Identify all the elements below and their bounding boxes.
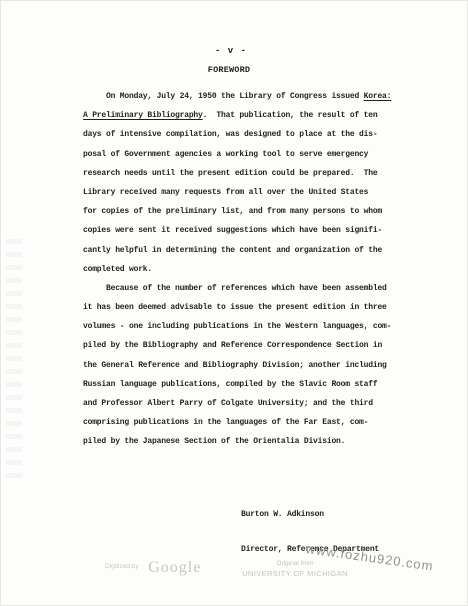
underlined-title-part: Korea: bbox=[364, 92, 392, 101]
page-number: - v - bbox=[215, 46, 247, 56]
document-body: On Monday, July 24, 1950 the Library of … bbox=[83, 87, 413, 452]
body-line: volumes - one including publications in … bbox=[83, 317, 413, 336]
scanned-document-page: - v - FOREWORD On Monday, July 24, 1950 … bbox=[0, 0, 468, 606]
body-text-run: On Monday, July 24, 1950 the Library of … bbox=[106, 92, 364, 101]
body-line: copies were sent it received suggestions… bbox=[83, 221, 413, 240]
body-line: completed work. bbox=[83, 260, 413, 279]
body-line: the General Reference and Bibliography D… bbox=[83, 356, 413, 375]
body-line: days of intensive compilation, was desig… bbox=[83, 125, 413, 144]
body-line: and Professor Albert Parry of Colgate Un… bbox=[83, 394, 413, 413]
body-line: research needs until the present edition… bbox=[83, 164, 413, 183]
body-line: piled by the Bibliography and Reference … bbox=[83, 336, 413, 355]
body-line: A Preliminary Bibliography. That publica… bbox=[83, 106, 413, 125]
google-logo: Google bbox=[148, 559, 201, 576]
body-line: cantly helpful in determining the conten… bbox=[83, 241, 413, 260]
body-line: comprising publications in the languages… bbox=[83, 413, 413, 432]
margin-bleedthrough-marks bbox=[6, 239, 22, 484]
signature-name: Burton W. Adkinson bbox=[241, 509, 379, 521]
body-line: On Monday, July 24, 1950 the Library of … bbox=[83, 87, 413, 106]
underlined-title-part: A Preliminary Bibliography bbox=[83, 111, 203, 120]
body-line: Because of the number of references whic… bbox=[83, 279, 413, 298]
institution-label: UNIVERSITY OF MICHIGAN bbox=[242, 569, 348, 578]
body-line: Library received many requests from all … bbox=[83, 183, 413, 202]
body-line: it has been deemed advisable to issue th… bbox=[83, 298, 413, 317]
digitized-by-label: Digitized by bbox=[105, 563, 139, 570]
body-text-run: . That publication, the result of ten bbox=[203, 111, 378, 120]
digitized-by-mark: Digitized by Google bbox=[105, 559, 201, 577]
provenance-mark: Original from UNIVERSITY OF MICHIGAN bbox=[242, 560, 348, 578]
body-line: posal of Government agencies a working t… bbox=[83, 145, 413, 164]
page-title: FOREWORD bbox=[208, 65, 250, 75]
body-line: Russian language publications, compiled … bbox=[83, 375, 413, 394]
body-line: for copies of the preliminary list, and … bbox=[83, 202, 413, 221]
body-line: piled by the Japanese Section of the Ori… bbox=[83, 432, 413, 451]
original-from-label: Original from bbox=[242, 560, 348, 567]
